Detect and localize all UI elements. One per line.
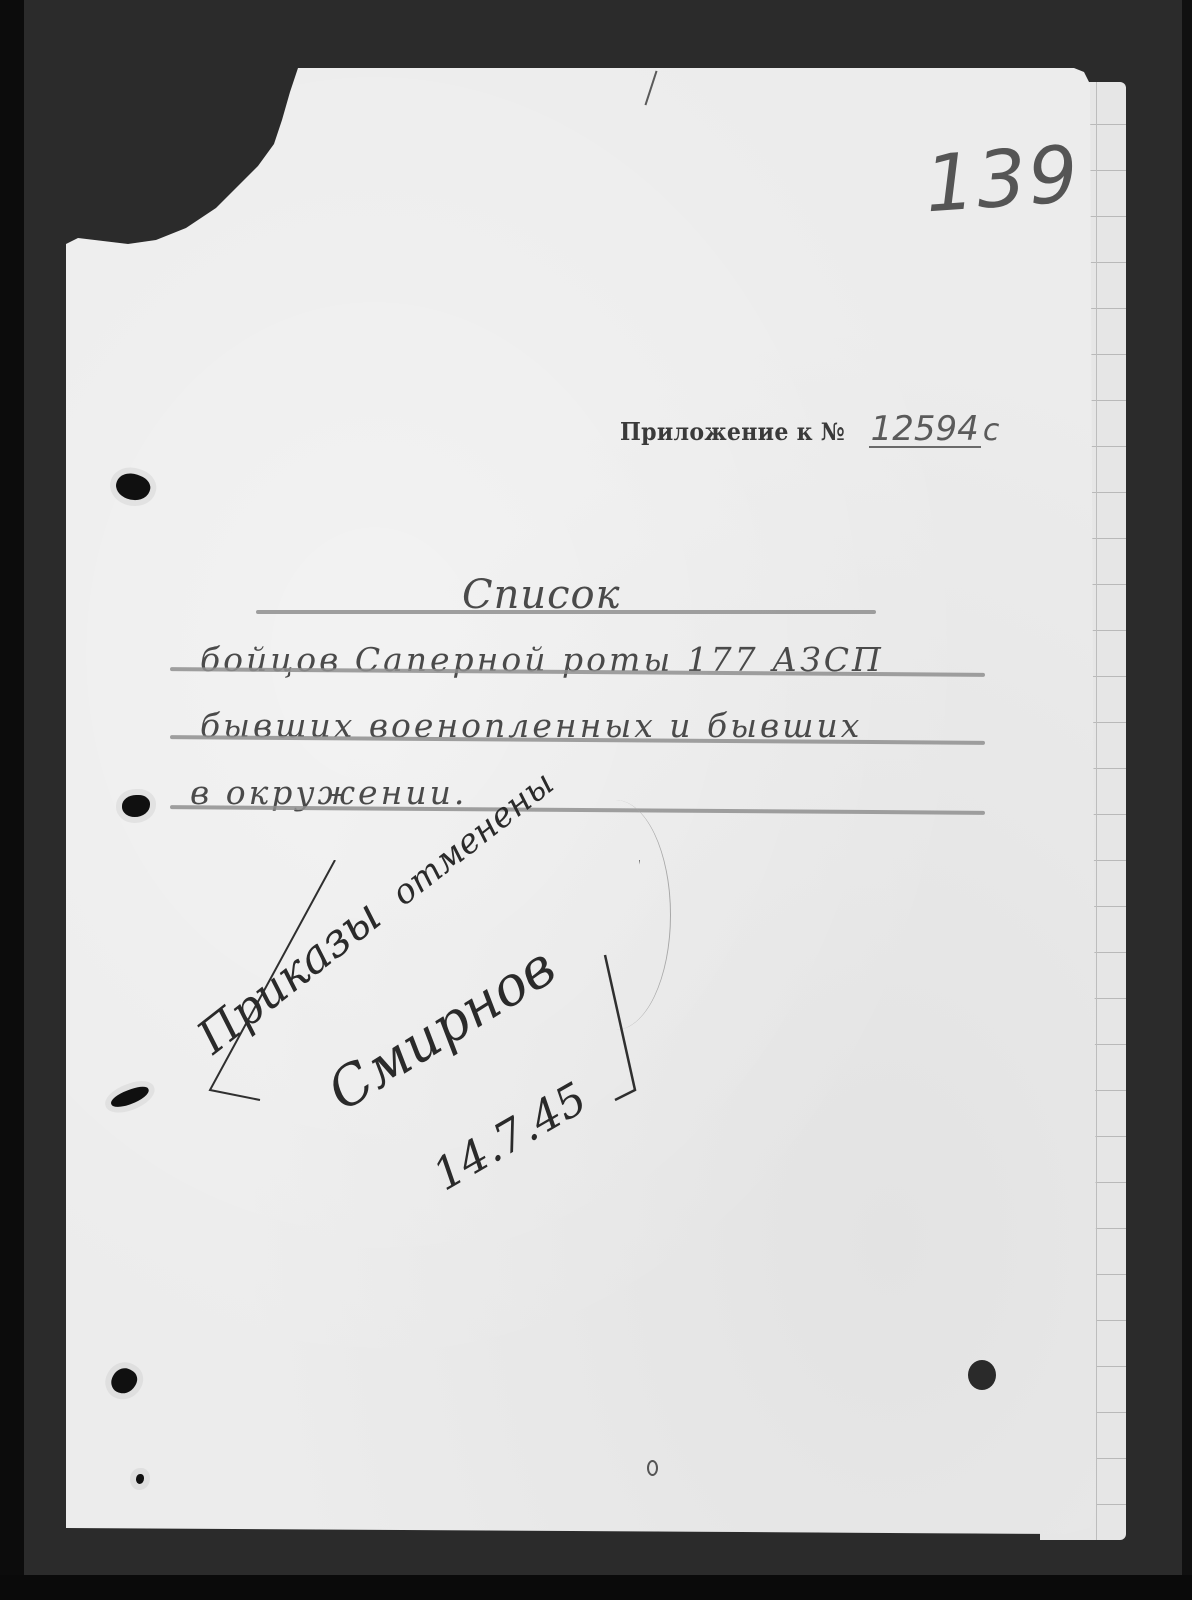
appendix-suffix: с [983,413,1000,448]
scan-border-right [1182,0,1192,1600]
title-underline [256,610,876,614]
appendix-stamp: Приложение к № 12594 с [620,412,999,448]
archive-page-number: 139 [922,130,1083,231]
scan-border-left [0,0,24,1600]
small-ring-mark [647,1460,658,1476]
appendix-stamp-label: Приложение к № [620,417,845,446]
ruled-margin-line [1096,82,1097,1540]
scan-border-bottom [0,1575,1192,1600]
resolution-annotation: Приказы отменены Смирнов 14.7.45 [200,860,640,1200]
ink-blot [968,1360,996,1390]
appendix-number: 12594 [869,412,981,448]
